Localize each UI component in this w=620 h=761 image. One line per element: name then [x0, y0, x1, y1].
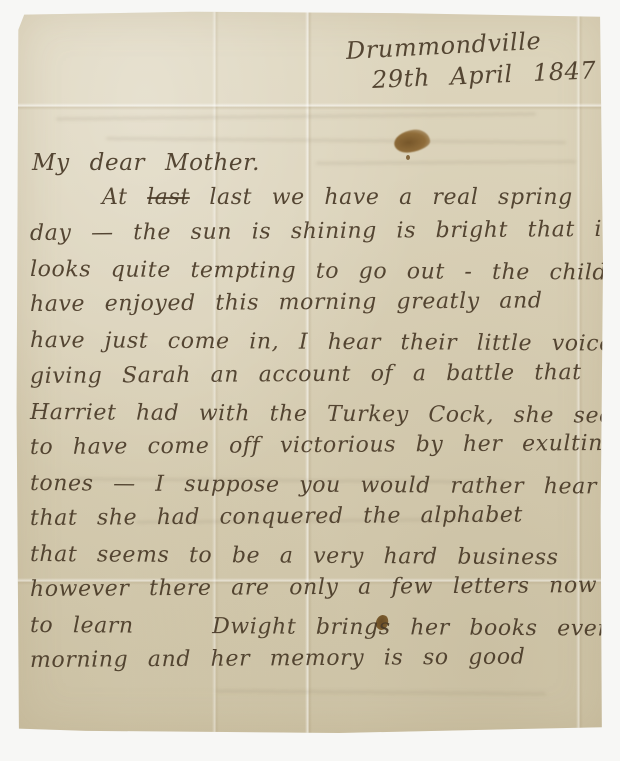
ink-showthrough [216, 690, 546, 696]
letter-line: morning and her memory is so good [30, 645, 526, 673]
letter-line: day — the sun is shining is bright that … [30, 217, 612, 246]
ink-showthrough [106, 137, 566, 144]
wax-stain-drip [406, 155, 410, 160]
ink-showthrough [56, 112, 536, 120]
ink-showthrough [316, 160, 576, 165]
letter-line: have enjoyed this morning greatly and [30, 288, 543, 317]
letter-line: that seems to be a very hard business [30, 542, 559, 570]
letter-line: that she had conquered the alphabet [30, 503, 523, 531]
salutation: My dear Mother. [32, 150, 260, 176]
letter-line: giving Sarah an account of a battle that [30, 360, 582, 389]
letter-page: Drummondville 29th April 1847 My dear Mo… [16, 11, 603, 733]
struck-word: last [147, 185, 190, 210]
letter-line: to have come off victorious by her exult… [30, 431, 618, 460]
wax-stain [393, 128, 432, 155]
letter-line: to learn Dwight brings her books every [30, 613, 620, 642]
opening-line: At last last we have a real spring [102, 185, 573, 210]
letter-line: have just come in, I hear their little v… [30, 328, 620, 357]
letter-line: looks quite tempting to go out - the chi… [30, 257, 620, 286]
letter-line: tones — I suppose you would rather hear [30, 471, 597, 499]
fold-crease-horizontal-top [16, 103, 603, 110]
letter-line: however there are only a few letters now [30, 573, 597, 602]
letter-line: Harriet had with the Turkey Cock, she se… [30, 400, 620, 429]
opening-prefix: At [102, 185, 147, 210]
photo-background: { "photo": { "background_color": "#f7f7f… [0, 0, 620, 761]
opening-suffix: last we have a real spring [190, 185, 573, 210]
